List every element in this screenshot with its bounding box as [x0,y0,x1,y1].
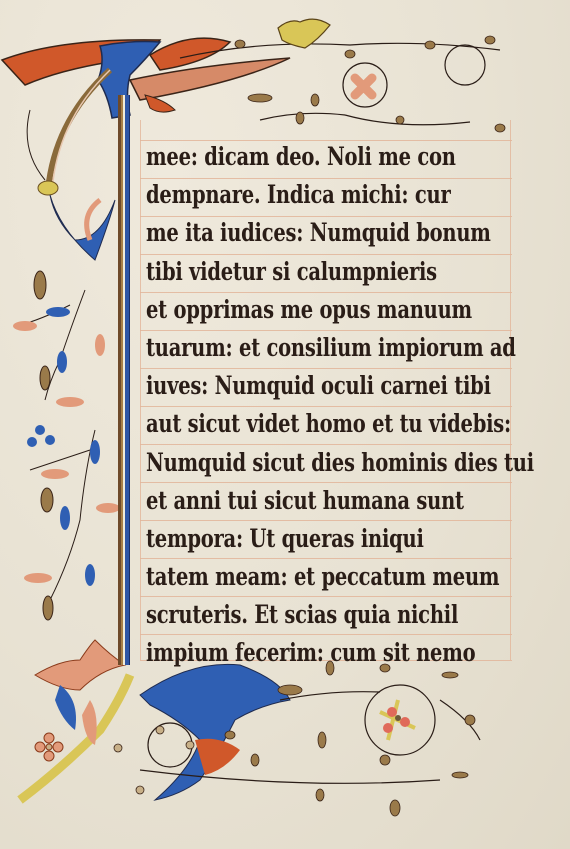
left-border-sprays [20,110,95,600]
text-line: dempnare. Indica michi: cur [146,176,428,214]
parchment-page: mee: dicam deo. Noli me con dempnare. In… [0,0,570,849]
quatrefoil-bottom-left-icon [35,733,63,761]
text-line: tempora: Ut queras iniqui [146,520,428,558]
text-line: et anni tui sicut humana sunt [146,482,428,520]
text-line: me ita iudices: Numquid bonum [146,214,428,252]
text-line: tibi videtur si calumpnieris [146,253,428,291]
initial-stem-bar [118,95,130,665]
text-line: Numquid sicut dies hominis dies tui [146,444,428,482]
flower-top-icon [355,78,372,95]
text-block: mee: dicam deo. Noli me con dempnare. In… [146,138,508,673]
flower-bottom-icon [380,700,415,740]
text-line: tuarum: et consilium impiorum ad [146,329,428,367]
text-line: scruteris. Et scias quia nichil [146,596,428,634]
text-line: mee: dicam deo. Noli me con [146,138,428,176]
text-line: et opprimas me opus manuum [146,291,428,329]
left-leaves [13,271,120,620]
text-line: aut sicut videt homo et tu videbis: [146,405,428,443]
text-line: iuves: Numquid oculi carnei tibi [146,367,428,405]
text-line: impium fecerim: cum sit nemo [146,634,428,672]
text-line: tatem meam: et peccatum meum [146,558,428,596]
vine-scroll-top-icon [180,43,500,124]
